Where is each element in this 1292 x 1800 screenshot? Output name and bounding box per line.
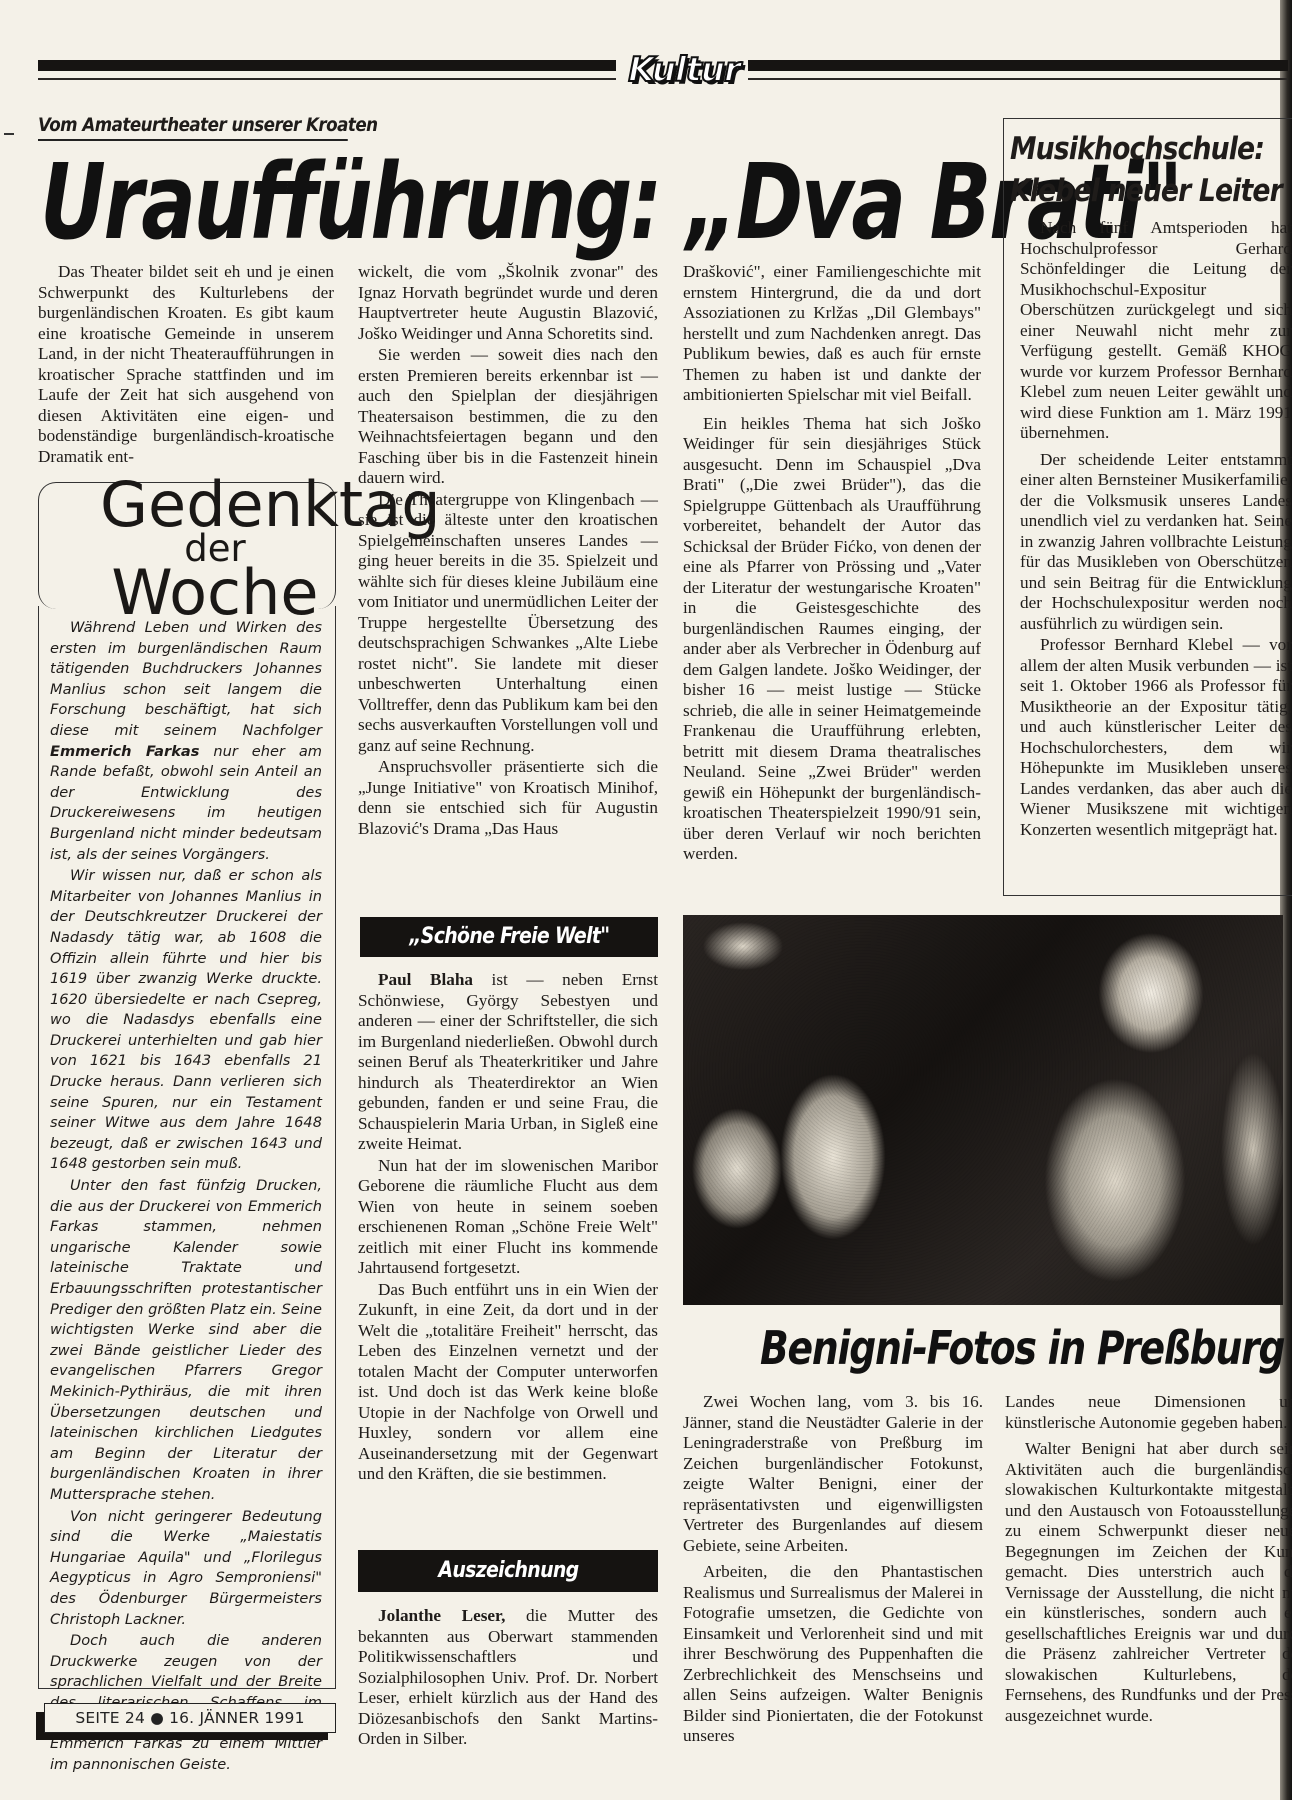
gedenktag-body: Während Leben und Wirken des ersten im b… xyxy=(50,618,322,1775)
page-number: SEITE 24 xyxy=(75,1709,145,1727)
schoene-freie-welt-heading: „Schöne Freie Welt" xyxy=(360,917,658,957)
gedenktag-title: Gedenktag der Woche xyxy=(100,480,330,618)
section-logo-kultur: Kultur xyxy=(625,50,743,90)
paragraph: Von nicht geringerer Bedeutung sind die … xyxy=(50,1507,322,1631)
paragraph: Das Theater bildet seit eh und je einen … xyxy=(38,262,334,467)
section-rule-left-thin xyxy=(38,78,616,80)
paragraph: Der scheidende Leiter entstammt einer al… xyxy=(1020,450,1292,635)
benigni-col-right: Landes neue Dimensionen und künstlerisch… xyxy=(1005,1392,1292,1752)
gedenktag-title-line1: Gedenktag xyxy=(100,480,330,530)
paragraph: Jolanthe Leser, die Mutter des bekannten… xyxy=(358,1606,658,1750)
section-rule-right-thick xyxy=(748,60,1288,71)
person-name: Emmerich Farkas xyxy=(50,743,199,760)
paragraph: Landes neue Dimensionen und künstlerisch… xyxy=(1005,1392,1292,1433)
paragraph: Arbeiten, die den Phantastischen Realism… xyxy=(683,1562,983,1747)
benigni-headline: Benigni-Fotos in Preßburg xyxy=(760,1318,1252,1378)
paragraph: Unter den fast fünfzig Drucken, die aus … xyxy=(50,1176,322,1506)
schoene-freie-welt-body: Paul Blaha ist — neben Ernst Schönwiese,… xyxy=(358,970,658,1485)
paragraph: Die Theatergruppe von Klingenbach — sie … xyxy=(358,490,658,757)
article-kicker: Vom Amateurtheater unserer Kroaten xyxy=(38,114,348,141)
article-headline: Uraufführung: „Dva Brati" xyxy=(40,150,789,254)
section-rule-left-thick xyxy=(38,60,616,71)
person-name: Jolanthe Leser, xyxy=(378,1606,505,1625)
paragraph: Anspruchsvoller präsentierte sich die „J… xyxy=(358,757,658,839)
benigni-col-left: Zwei Wochen lang, vom 3. bis 16. Jänner,… xyxy=(683,1392,983,1747)
main-article-col3: Drašković", einer Familiengeschichte mit… xyxy=(683,262,981,865)
paragraph: Das Buch entführt uns in ein Wien der Zu… xyxy=(358,1280,658,1485)
paragraph: Paul Blaha ist — neben Ernst Schönwiese,… xyxy=(358,970,658,1155)
bullet-icon: ● xyxy=(150,1709,164,1727)
paragraph: Nun hat der im slowenischen Maribor Gebo… xyxy=(358,1156,658,1279)
main-article-col2: wickelt, die vom „Školnik zvonar" des Ig… xyxy=(358,262,658,839)
main-article-col1: Das Theater bildet seit eh und je einen … xyxy=(38,262,334,467)
issue-date: 16. JÄNNER 1991 xyxy=(169,1709,305,1727)
paragraph: Zwei Wochen lang, vom 3. bis 16. Jänner,… xyxy=(683,1392,983,1556)
person-name: Paul Blaha xyxy=(378,970,473,989)
auszeichnung-heading: Auszeichnung xyxy=(358,1550,658,1592)
headline-line2: Klebel neuer Leiter xyxy=(1010,170,1259,212)
paragraph: Ein heikles Thema hat sich Joško Weiding… xyxy=(683,414,981,865)
paragraph: Wir wissen nur, daß er schon als Mitarbe… xyxy=(50,866,322,1175)
benigni-photo xyxy=(683,915,1283,1305)
section-rule-right-thin xyxy=(748,78,1288,80)
paragraph: Professor Bernhard Klebel — vor allem de… xyxy=(1020,635,1292,840)
margin-mark xyxy=(4,133,14,135)
headline-line1: Musikhochschule: xyxy=(1010,128,1259,170)
paragraph: Walter Benigni hat aber durch seine Akti… xyxy=(1005,1439,1292,1726)
photo-grain xyxy=(683,915,1283,1305)
paragraph: Sie werden — soweit dies nach den ersten… xyxy=(358,345,658,489)
page-footer: SEITE 24 ● 16. JÄNNER 1991 xyxy=(44,1703,336,1733)
paragraph: wickelt, die vom „Školnik zvonar" des Ig… xyxy=(358,262,658,344)
paragraph: Während Leben und Wirken des ersten im b… xyxy=(50,618,322,865)
paragraph: Drašković", einer Familiengeschichte mit… xyxy=(683,262,981,406)
musikhochschule-body: Nach fünf Amtsperioden hat Hochschulprof… xyxy=(1020,218,1292,878)
musikhochschule-headline: Musikhochschule: Klebel neuer Leiter xyxy=(1010,128,1259,212)
paragraph: Nach fünf Amtsperioden hat Hochschulprof… xyxy=(1020,218,1292,444)
auszeichnung-body: Jolanthe Leser, die Mutter des bekannten… xyxy=(358,1606,658,1750)
